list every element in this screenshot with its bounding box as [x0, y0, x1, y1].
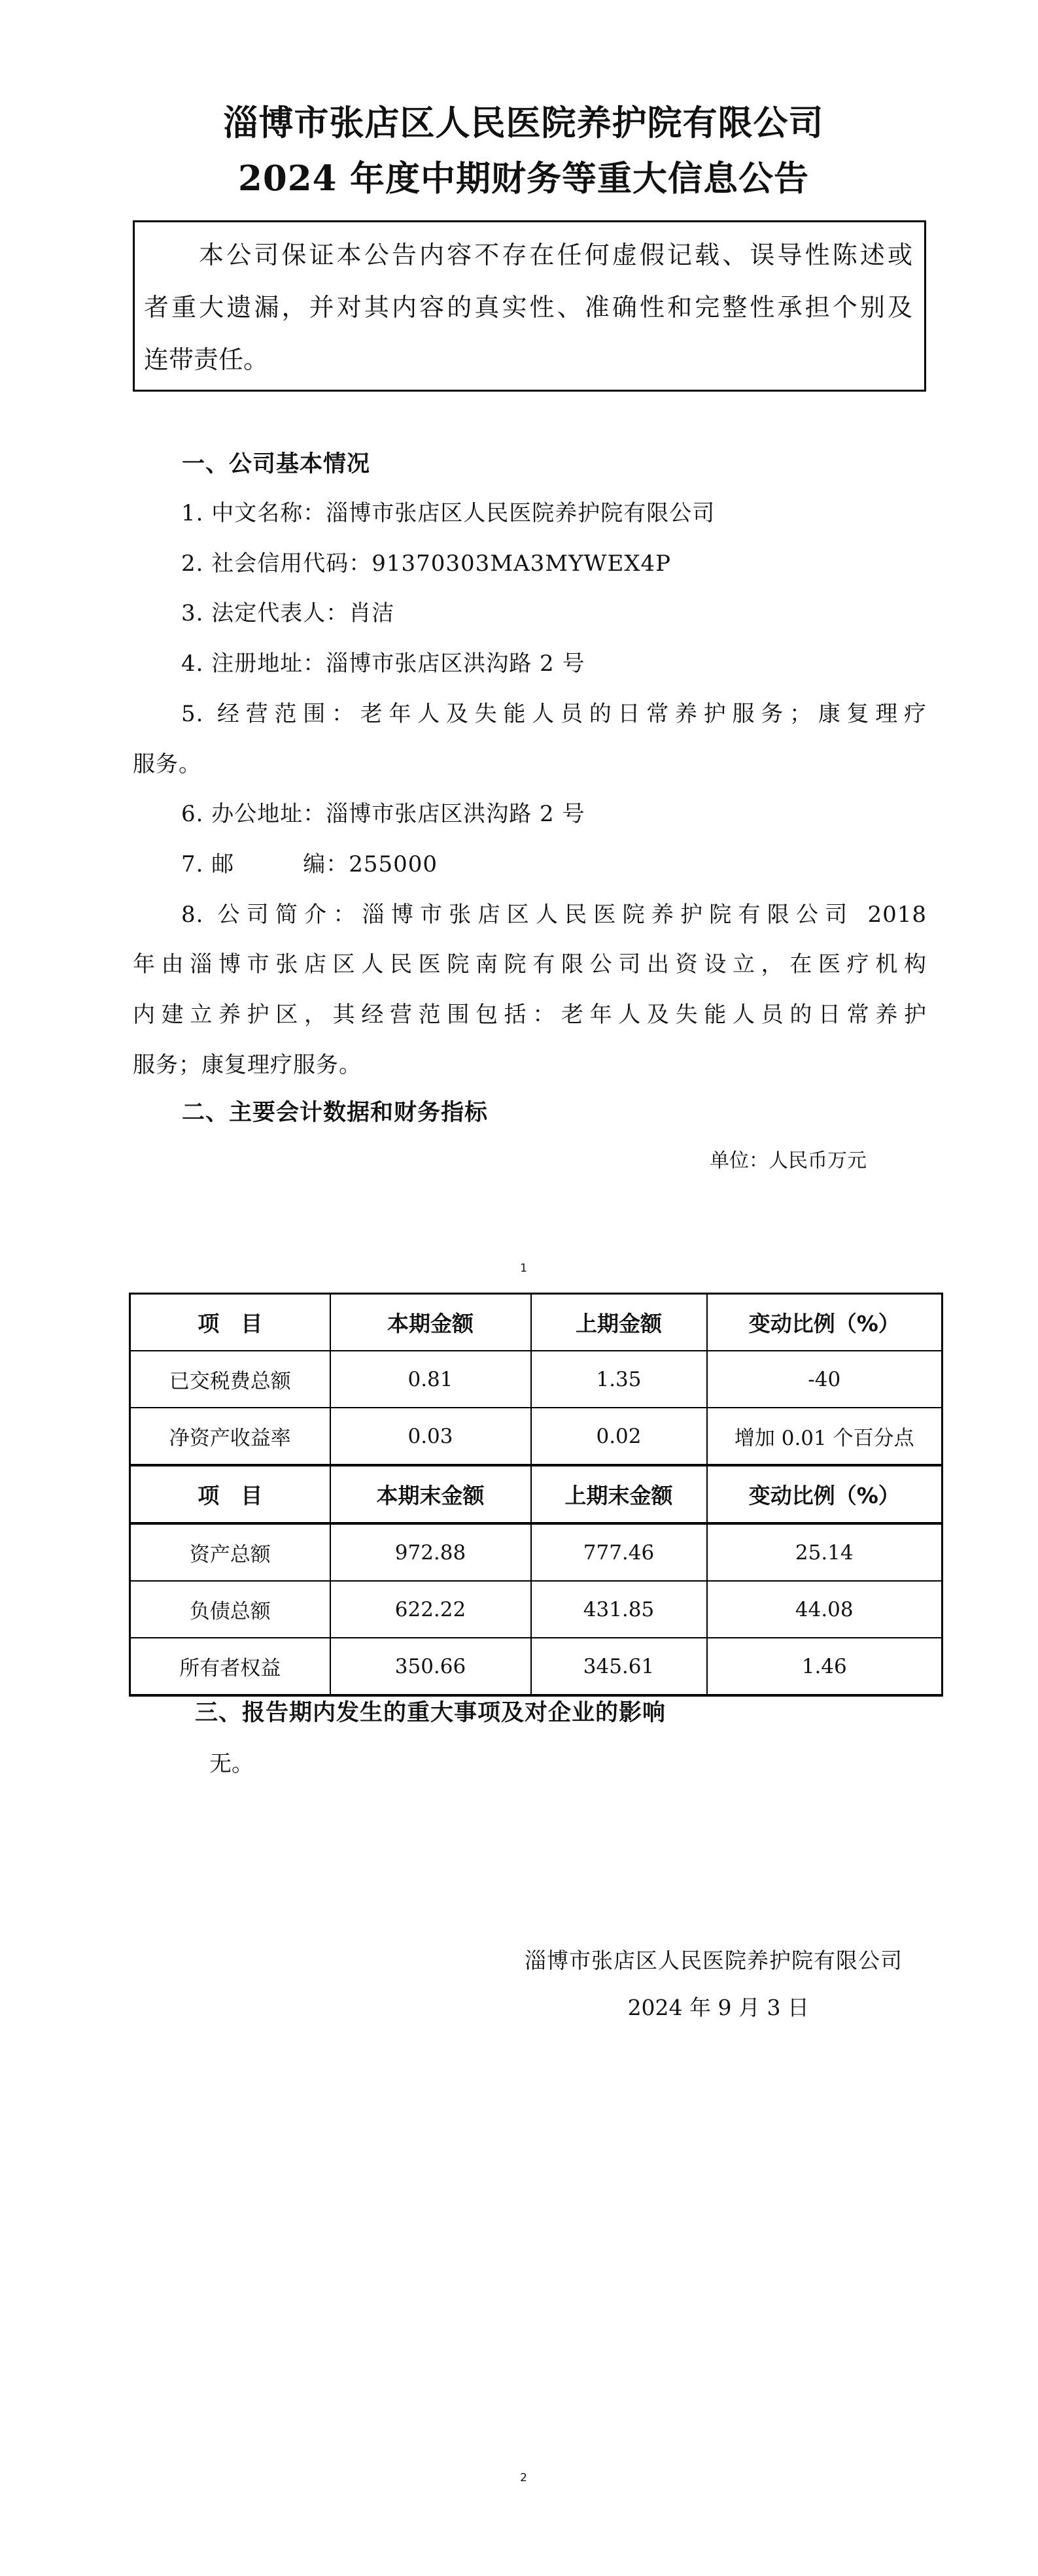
- table-row-total-assets: 资产总额 972.88 777.46 25.14: [130, 1523, 943, 1581]
- table-cell: 0.81: [330, 1351, 531, 1408]
- disclaimer-line: 连带责任。: [144, 333, 912, 386]
- table-cell: 1.46: [707, 1638, 943, 1695]
- company-info-line-profile-cont: 年由淄博市张店区人民医院南院有限公司出资设立，在医疗机构: [133, 940, 927, 990]
- company-info-line-profile: 8. 公司简介：淄博市张店区人民医院养护院有限公司 2018: [133, 890, 927, 940]
- table-header-cell: 本期金额: [330, 1294, 531, 1351]
- financial-table: 项 目 本期金额 上期金额 变动比例（%） 已交税费总额 0.81 1.35 -…: [129, 1293, 943, 1697]
- table-header-cell: 项 目: [130, 1465, 330, 1523]
- company-info-line-business-scope: 5. 经营范围：老年人及失能人员的日常养护服务；康复理疗: [133, 689, 927, 739]
- table-header-cell: 上期末金额: [531, 1465, 707, 1523]
- company-info-line-office-address: 6. 办公地址：淄博市张店区洪沟路 2 号: [133, 789, 927, 839]
- table-cell: 0.02: [531, 1408, 707, 1465]
- table-header-cell: 上期金额: [531, 1294, 707, 1351]
- company-info-line-chinese-name: 1. 中文名称：淄博市张店区人民医院养护院有限公司: [133, 488, 927, 539]
- disclaimer-box: 本公司保证本公告内容不存在任何虚假记载、误导性陈述或 者重大遗漏，并对其内容的真…: [133, 220, 926, 392]
- company-info-line-profile-cont: 内建立养护区，其经营范围包括：老年人及失能人员的日常养护: [133, 990, 927, 1040]
- table-header-row-2: 项 目 本期末金额 上期末金额 变动比例（%）: [130, 1465, 943, 1523]
- signature-company: 淄博市张店区人民医院养护院有限公司: [525, 1947, 903, 1974]
- table-cell: 44.08: [707, 1581, 943, 1638]
- table-row-roe: 净资产收益率 0.03 0.02 增加 0.01 个百分点: [130, 1408, 943, 1465]
- table-cell: 资产总额: [130, 1523, 330, 1581]
- table-cell: -40: [707, 1351, 943, 1408]
- section3-content: 无。: [209, 1751, 254, 1777]
- section1-heading: 一、公司基本情况: [182, 451, 370, 477]
- table-cell: 0.03: [330, 1408, 531, 1465]
- table-cell: 负债总额: [130, 1581, 330, 1638]
- page-number-2: 2: [5, 2471, 1038, 2484]
- table-cell: 净资产收益率: [130, 1408, 330, 1465]
- signature-date: 2024 年 9 月 3 日: [628, 1994, 809, 2022]
- table-cell: 25.14: [707, 1523, 943, 1581]
- table-cell: 350.66: [330, 1638, 531, 1695]
- page-number-1: 1: [5, 1262, 1038, 1275]
- table-cell: 已交税费总额: [130, 1351, 330, 1408]
- table-header-cell: 项 目: [130, 1294, 330, 1351]
- table-cell: 所有者权益: [130, 1638, 330, 1695]
- company-info-line-business-scope-cont: 服务。: [133, 739, 927, 790]
- table-cell: 972.88: [330, 1523, 531, 1581]
- table-header-cell: 变动比例（%）: [707, 1294, 943, 1351]
- company-info-line-profile-cont: 服务；康复理疗服务。: [133, 1040, 927, 1091]
- table-header-cell: 本期末金额: [330, 1465, 531, 1523]
- company-info-line-credit-code: 2. 社会信用代码：91370303MA3MYWEX4P: [133, 539, 927, 589]
- table-row-taxes-paid: 已交税费总额 0.81 1.35 -40: [130, 1351, 943, 1408]
- table-cell: 增加 0.01 个百分点: [707, 1408, 943, 1465]
- table-header-cell: 变动比例（%）: [707, 1465, 943, 1523]
- table-cell: 777.46: [531, 1523, 707, 1581]
- announcement-page: 淄博市张店区人民医院养护院有限公司 2024 年度中期财务等重大信息公告 本公司…: [0, 0, 1038, 2576]
- table-cell: 1.35: [531, 1351, 707, 1408]
- section3-heading: 三、报告期内发生的重大事项及对企业的影响: [195, 1700, 666, 1726]
- company-info: 1. 中文名称：淄博市张店区人民医院养护院有限公司 2. 社会信用代码：9137…: [133, 488, 927, 1090]
- disclaimer-line: 本公司保证本公告内容不存在任何虚假记载、误导性陈述或: [144, 229, 912, 281]
- table-row-owners-equity: 所有者权益 350.66 345.61 1.46: [130, 1638, 943, 1695]
- table-row-total-liabilities: 负债总额 622.22 431.85 44.08: [130, 1581, 943, 1638]
- document-title-line2: 2024 年度中期财务等重大信息公告: [5, 151, 1038, 207]
- disclaimer-line: 者重大遗漏，并对其内容的真实性、准确性和完整性承担个别及: [144, 281, 912, 333]
- table-cell: 345.61: [531, 1638, 707, 1695]
- table-cell: 622.22: [330, 1581, 531, 1638]
- document-title: 淄博市张店区人民医院养护院有限公司 2024 年度中期财务等重大信息公告: [5, 95, 1038, 207]
- table-header-row: 项 目 本期金额 上期金额 变动比例（%）: [130, 1294, 943, 1351]
- document-title-line1: 淄博市张店区人民医院养护院有限公司: [5, 95, 1038, 151]
- table-cell: 431.85: [531, 1581, 707, 1638]
- unit-note: 单位：人民币万元: [710, 1149, 867, 1173]
- company-info-line-legal-representative: 3. 法定代表人：肖洁: [133, 588, 927, 639]
- company-info-line-registered-address: 4. 注册地址：淄博市张店区洪沟路 2 号: [133, 639, 927, 689]
- section2-heading: 二、主要会计数据和财务指标: [182, 1100, 488, 1126]
- company-info-line-postal-code: 7. 邮 编：255000: [133, 839, 927, 890]
